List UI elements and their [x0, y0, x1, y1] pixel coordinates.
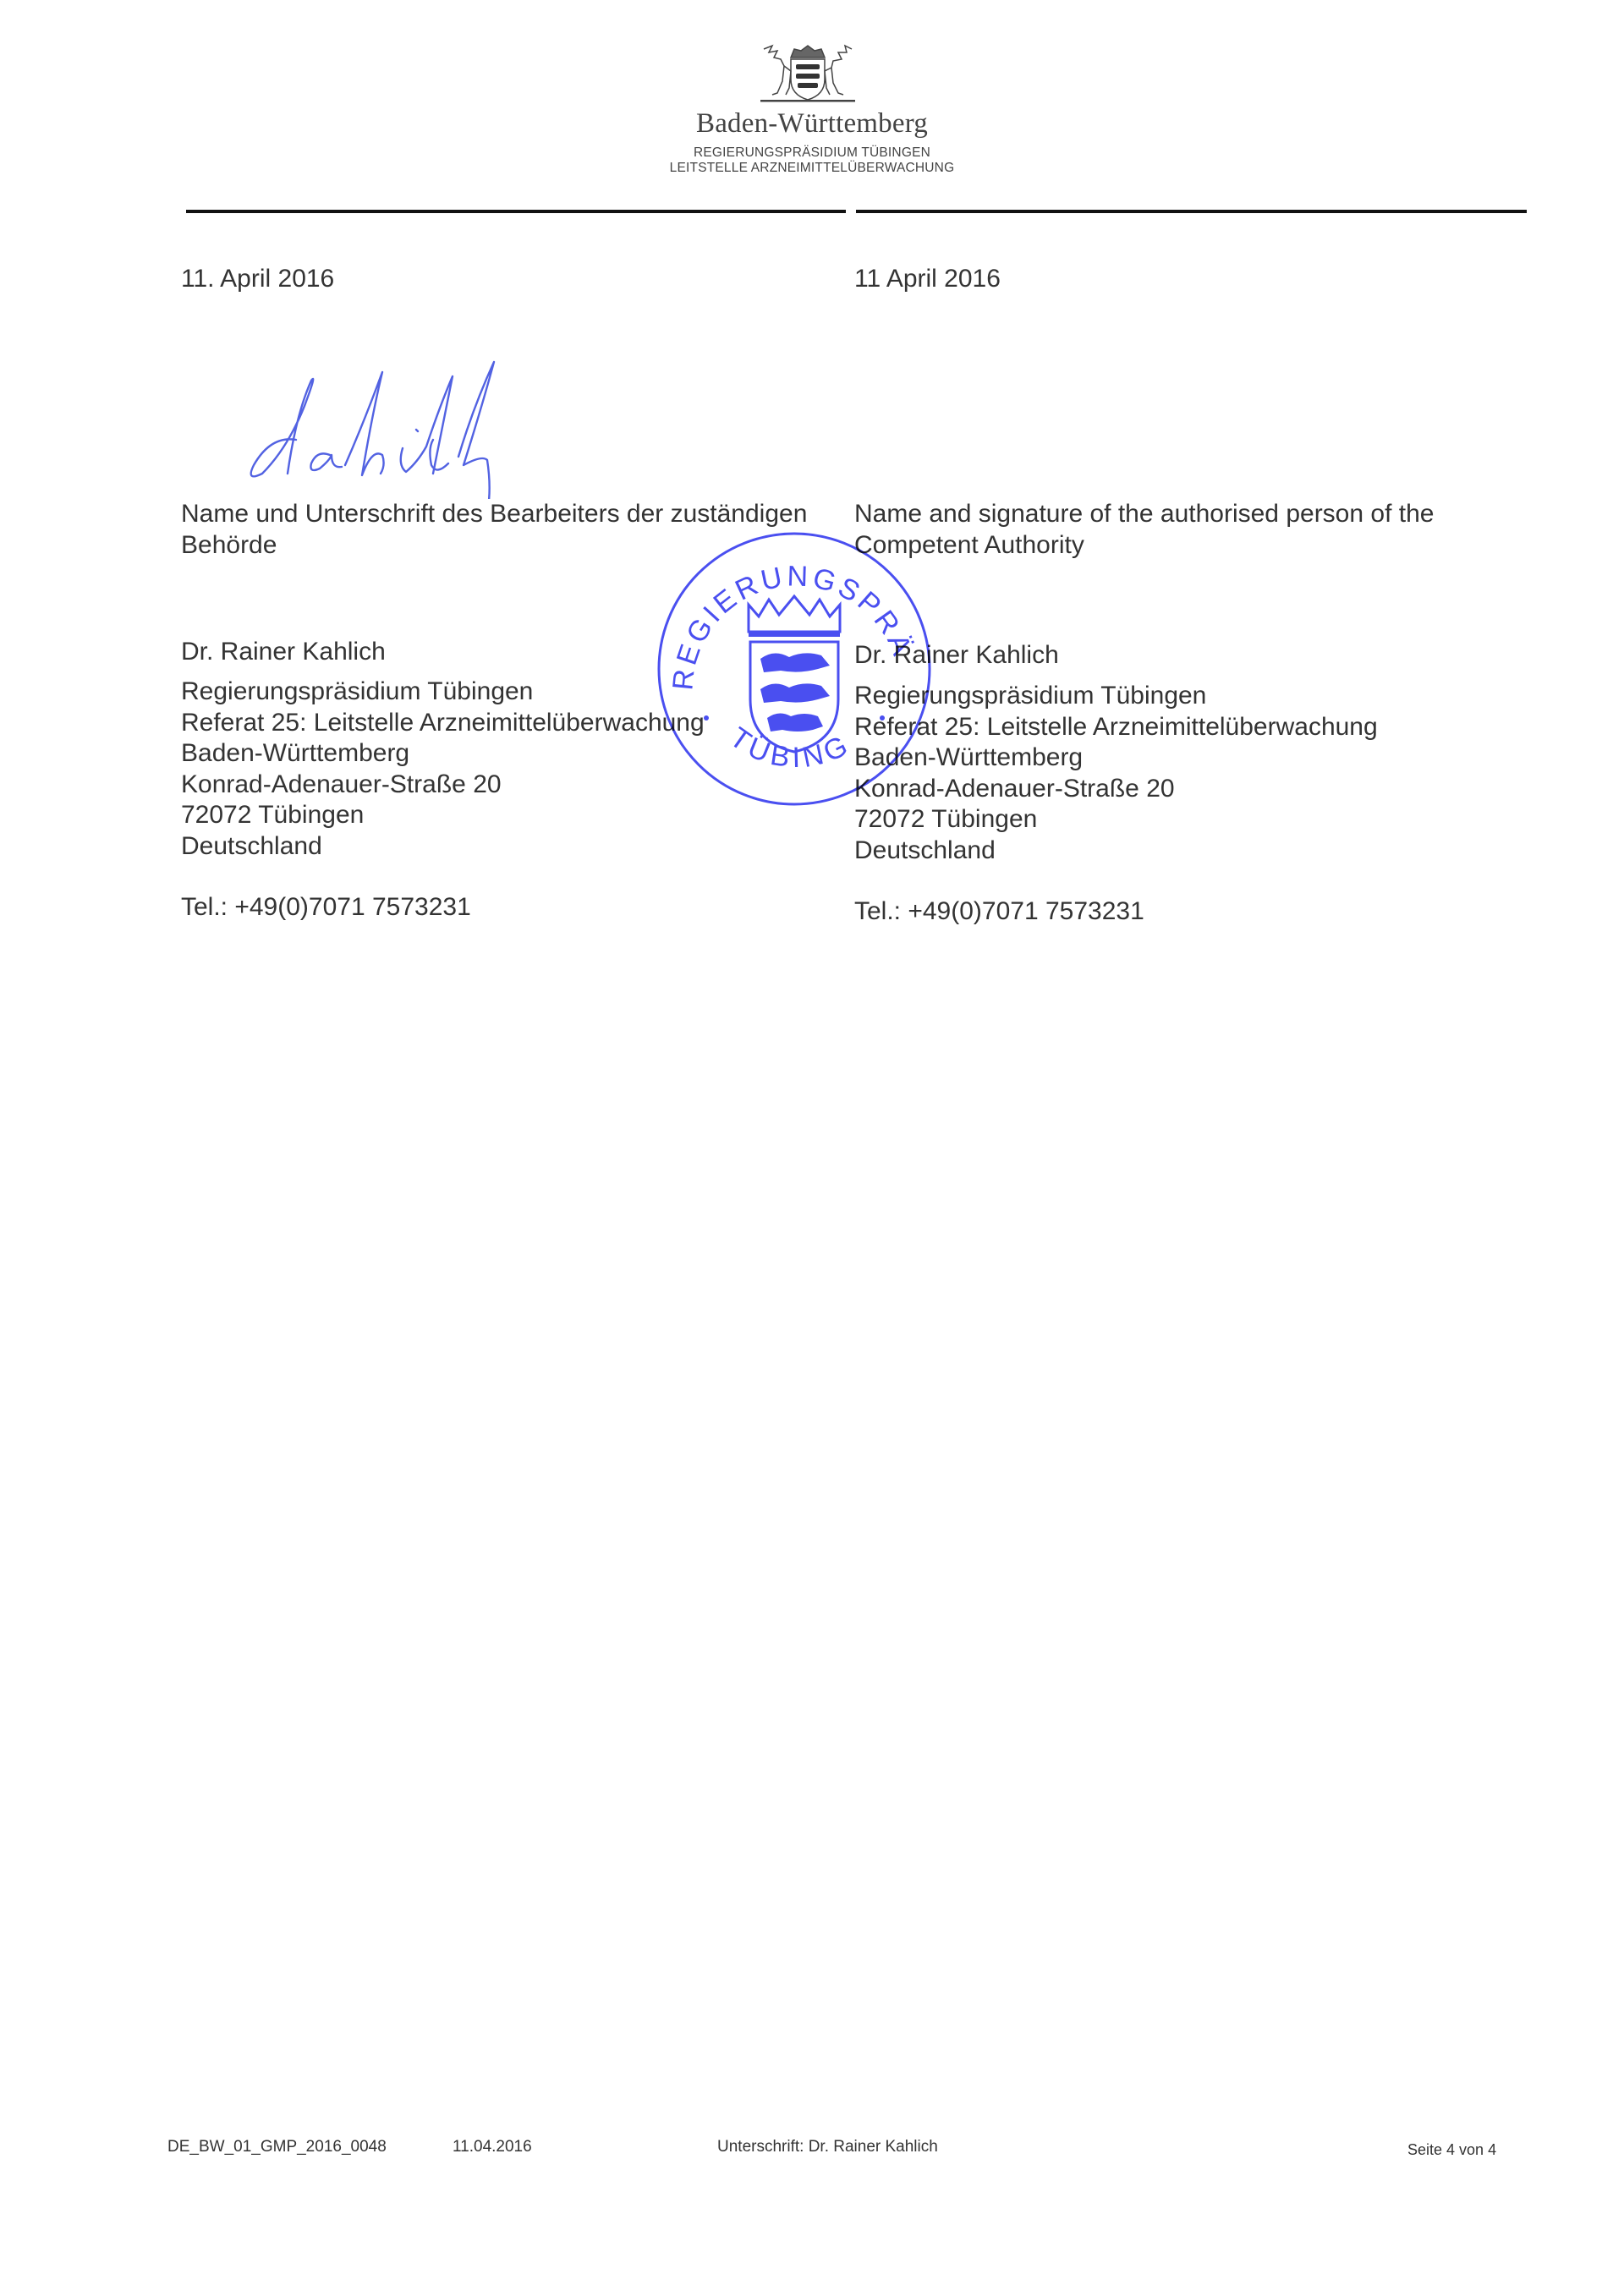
- header-divider-left: [186, 210, 846, 213]
- address-line: Deutschland: [854, 836, 1514, 867]
- address-line: Referat 25: Leitstelle Arzneimittelüberw…: [854, 712, 1514, 743]
- footer-signer: Unterschrift: Dr. Rainer Kahlich: [717, 2138, 938, 2156]
- date-english: 11 April 2016: [854, 264, 1514, 295]
- footer-page-number: Seite 4 von 4: [1407, 2141, 1496, 2159]
- address-line: Regierungspräsidium Tübingen: [854, 681, 1514, 712]
- signature-label-english: Name and signature of the authorised per…: [854, 499, 1514, 561]
- address-line: Baden-Württemberg: [854, 743, 1514, 774]
- handwritten-signature-icon: [237, 355, 626, 499]
- agency-department: LEITSTELLE ARZNEIMITTELÜBERWACHUNG: [0, 161, 1624, 176]
- phone-german: Tel.: +49(0)7071 7573231: [181, 892, 841, 923]
- baden-wuerttemberg-coat-of-arms-icon: [757, 41, 859, 104]
- signature-label-line: Name and signature of the authorised per…: [854, 499, 1514, 530]
- header-divider-right: [856, 210, 1527, 213]
- date-german: 11. April 2016: [181, 264, 841, 295]
- footer-document-id: DE_BW_01_GMP_2016_0048: [167, 2138, 387, 2156]
- signature-label-line: Competent Authority: [854, 530, 1514, 562]
- phone-english: Tel.: +49(0)7071 7573231: [854, 896, 1514, 928]
- address-line: 72072 Tübingen: [854, 804, 1514, 836]
- state-name: Baden-Württemberg: [0, 108, 1624, 140]
- person-name-english: Dr. Rainer Kahlich: [854, 640, 1514, 671]
- footer-date: 11.04.2016: [453, 2138, 532, 2156]
- official-seal-icon: REGIERUNGSPRÄSIDIUM TÜBINGEN: [656, 530, 933, 808]
- address-block-english: Regierungspräsidium Tübingen Referat 25:…: [854, 681, 1514, 866]
- agency-name: REGIERUNGSPRÄSIDIUM TÜBINGEN: [0, 145, 1624, 161]
- address-line: Deutschland: [181, 831, 841, 863]
- signature-label-line: Name und Unterschrift des Bearbeiters de…: [181, 499, 841, 530]
- address-line: Konrad-Adenauer-Straße 20: [854, 774, 1514, 805]
